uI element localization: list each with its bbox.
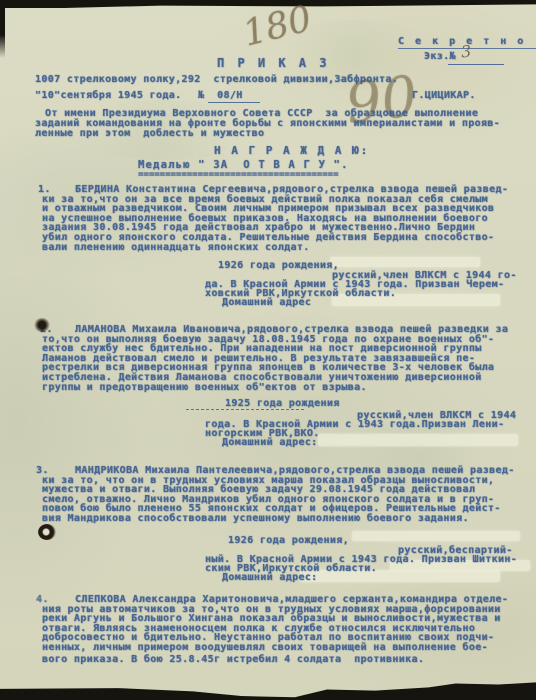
entry-address-label: Домашний адрес: — [222, 573, 318, 583]
entry-body-line: ненных, личным примером воодушевлял свои… — [42, 643, 488, 653]
award-underline: ===================================== — [138, 170, 338, 180]
date-line: "10"сентября 1945 года. — [35, 91, 182, 101]
handwritten-copy-number: 3 — [460, 42, 472, 62]
birth-line-dashed-underline — [186, 409, 304, 410]
entry-birth-line: 1926 года рождения, — [228, 536, 349, 546]
order-number-underline — [208, 102, 260, 103]
award-medal-line: Медалью " ЗА О Т В А Г У ". — [138, 160, 349, 170]
award-heading: Н А Г Р А Ж Д А Ю: — [214, 146, 369, 156]
order-title: П Р И К А З — [217, 58, 329, 68]
preamble-line: ленные при этом доблесть и мужество — [35, 129, 264, 139]
redacted-area — [318, 434, 518, 446]
entry-birth-line: 1925 года рождения — [225, 399, 340, 409]
addressee-line: 1007 стрелковому полку,292 стрелковой ди… — [35, 75, 398, 85]
entry-birth-line: 1926 года рождения, — [218, 261, 339, 271]
place-label: Г.ЦИЦИКАР. — [412, 91, 476, 101]
scanned-order-document: С е к р е т н о . Экз.№ 3 180 90 П Р И К… — [0, 0, 536, 700]
entry-body-line: вого приказа. В бою 25.8.45г истребил 4 … — [42, 655, 424, 665]
scan-edge-left — [0, 0, 5, 58]
entry-body-line: вали пленению одиннадцать японских солда… — [42, 243, 310, 253]
copy-number-label: Экз.№ — [424, 52, 456, 62]
entry-address-label: Домашний адрес — [222, 298, 311, 308]
entry-body-line: группы и предотвращению военных об"ектов… — [42, 383, 367, 393]
redacted-area — [352, 531, 520, 541]
entry-body-line: вия Мандрикова способствовали успешному … — [42, 514, 469, 524]
copy-number-underline — [448, 64, 504, 65]
redacted-area — [330, 257, 480, 267]
paper-hole — [38, 524, 56, 540]
scan-edge-bottom — [0, 682, 536, 700]
entry-address-label: Домашний адрес: — [222, 438, 318, 448]
ink-blot — [34, 318, 50, 332]
order-number: № 08/Н — [198, 91, 243, 101]
